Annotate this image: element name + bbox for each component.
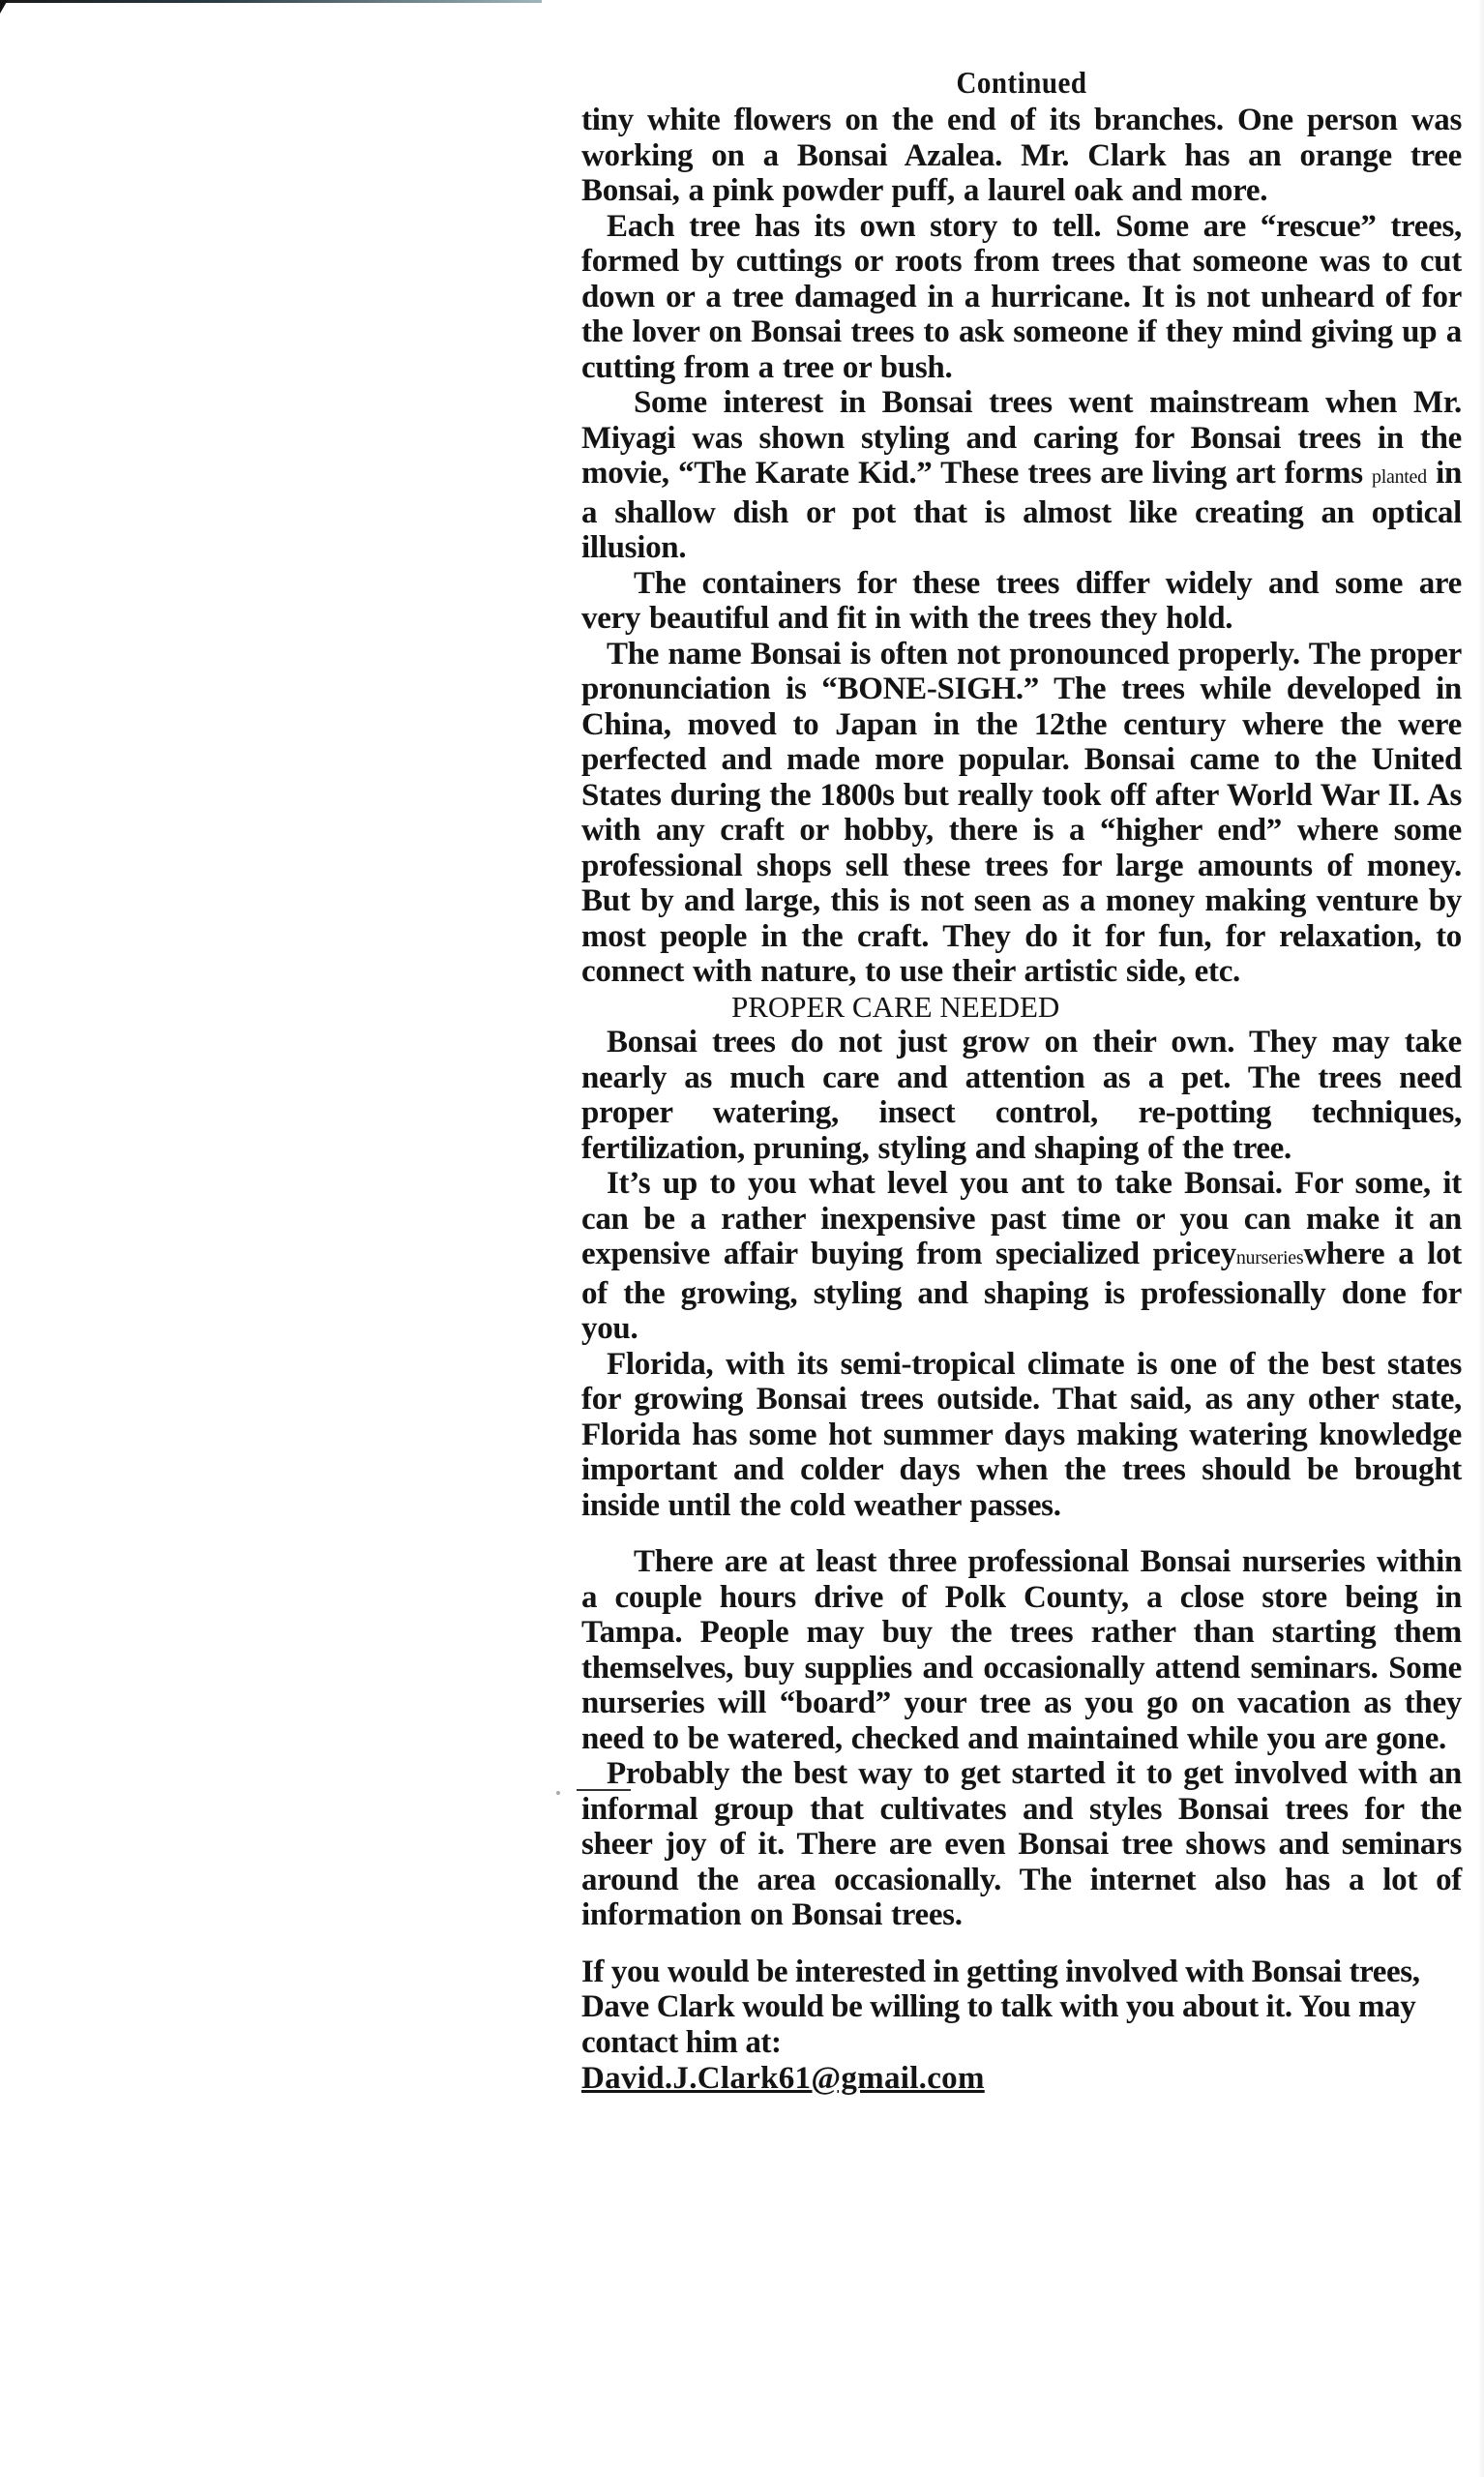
paragraph-mainstream-text: Some interest in Bonsai trees went mains…	[581, 385, 1462, 491]
subheading-proper-care: PROPER CARE NEEDED	[581, 990, 1462, 1026]
article-column: Continued tiny white flowers on the end …	[581, 64, 1462, 2097]
paragraph-story: Each tree has its own story to tell. Som…	[581, 209, 1462, 386]
scan-speck	[556, 1791, 560, 1795]
paragraph-level: It’s up to you what level you ant to tak…	[581, 1166, 1462, 1347]
paragraph-mainstream: Some interest in Bonsai trees went mains…	[581, 385, 1462, 566]
section-gap	[581, 1933, 1462, 1955]
page-edge-shadow	[1478, 0, 1484, 2477]
paragraph-nurseries: There are at least three professional Bo…	[581, 1544, 1462, 1756]
continued-heading: Continued	[581, 62, 1462, 104]
scan-corner-shadow	[0, 0, 8, 14]
paragraph-get-started: Probably the best way to get started it …	[581, 1756, 1462, 1933]
paragraph-flowers: tiny white flowers on the end of its bra…	[581, 103, 1462, 209]
contact-email-link[interactable]: David.J.Clark61@gmail.com	[581, 2061, 985, 2096]
contact-paragraph: If you would be interested in getting in…	[581, 1955, 1462, 2061]
scan-top-edge	[0, 0, 542, 3]
paragraph-containers: The containers for these trees differ wi…	[581, 566, 1462, 637]
paragraph-pronunciation: The name Bonsai is often not pronounced …	[581, 637, 1462, 990]
paragraph-care: Bonsai trees do not just grow on their o…	[581, 1025, 1462, 1166]
handwritten-insert-planted: planted	[1372, 466, 1427, 488]
handwritten-insert-nurseries: nurseries	[1236, 1247, 1304, 1268]
paragraph-florida: Florida, with its semi-tropical climate …	[581, 1347, 1462, 1524]
section-gap	[581, 1523, 1462, 1544]
section-separator-line	[577, 1789, 631, 1791]
